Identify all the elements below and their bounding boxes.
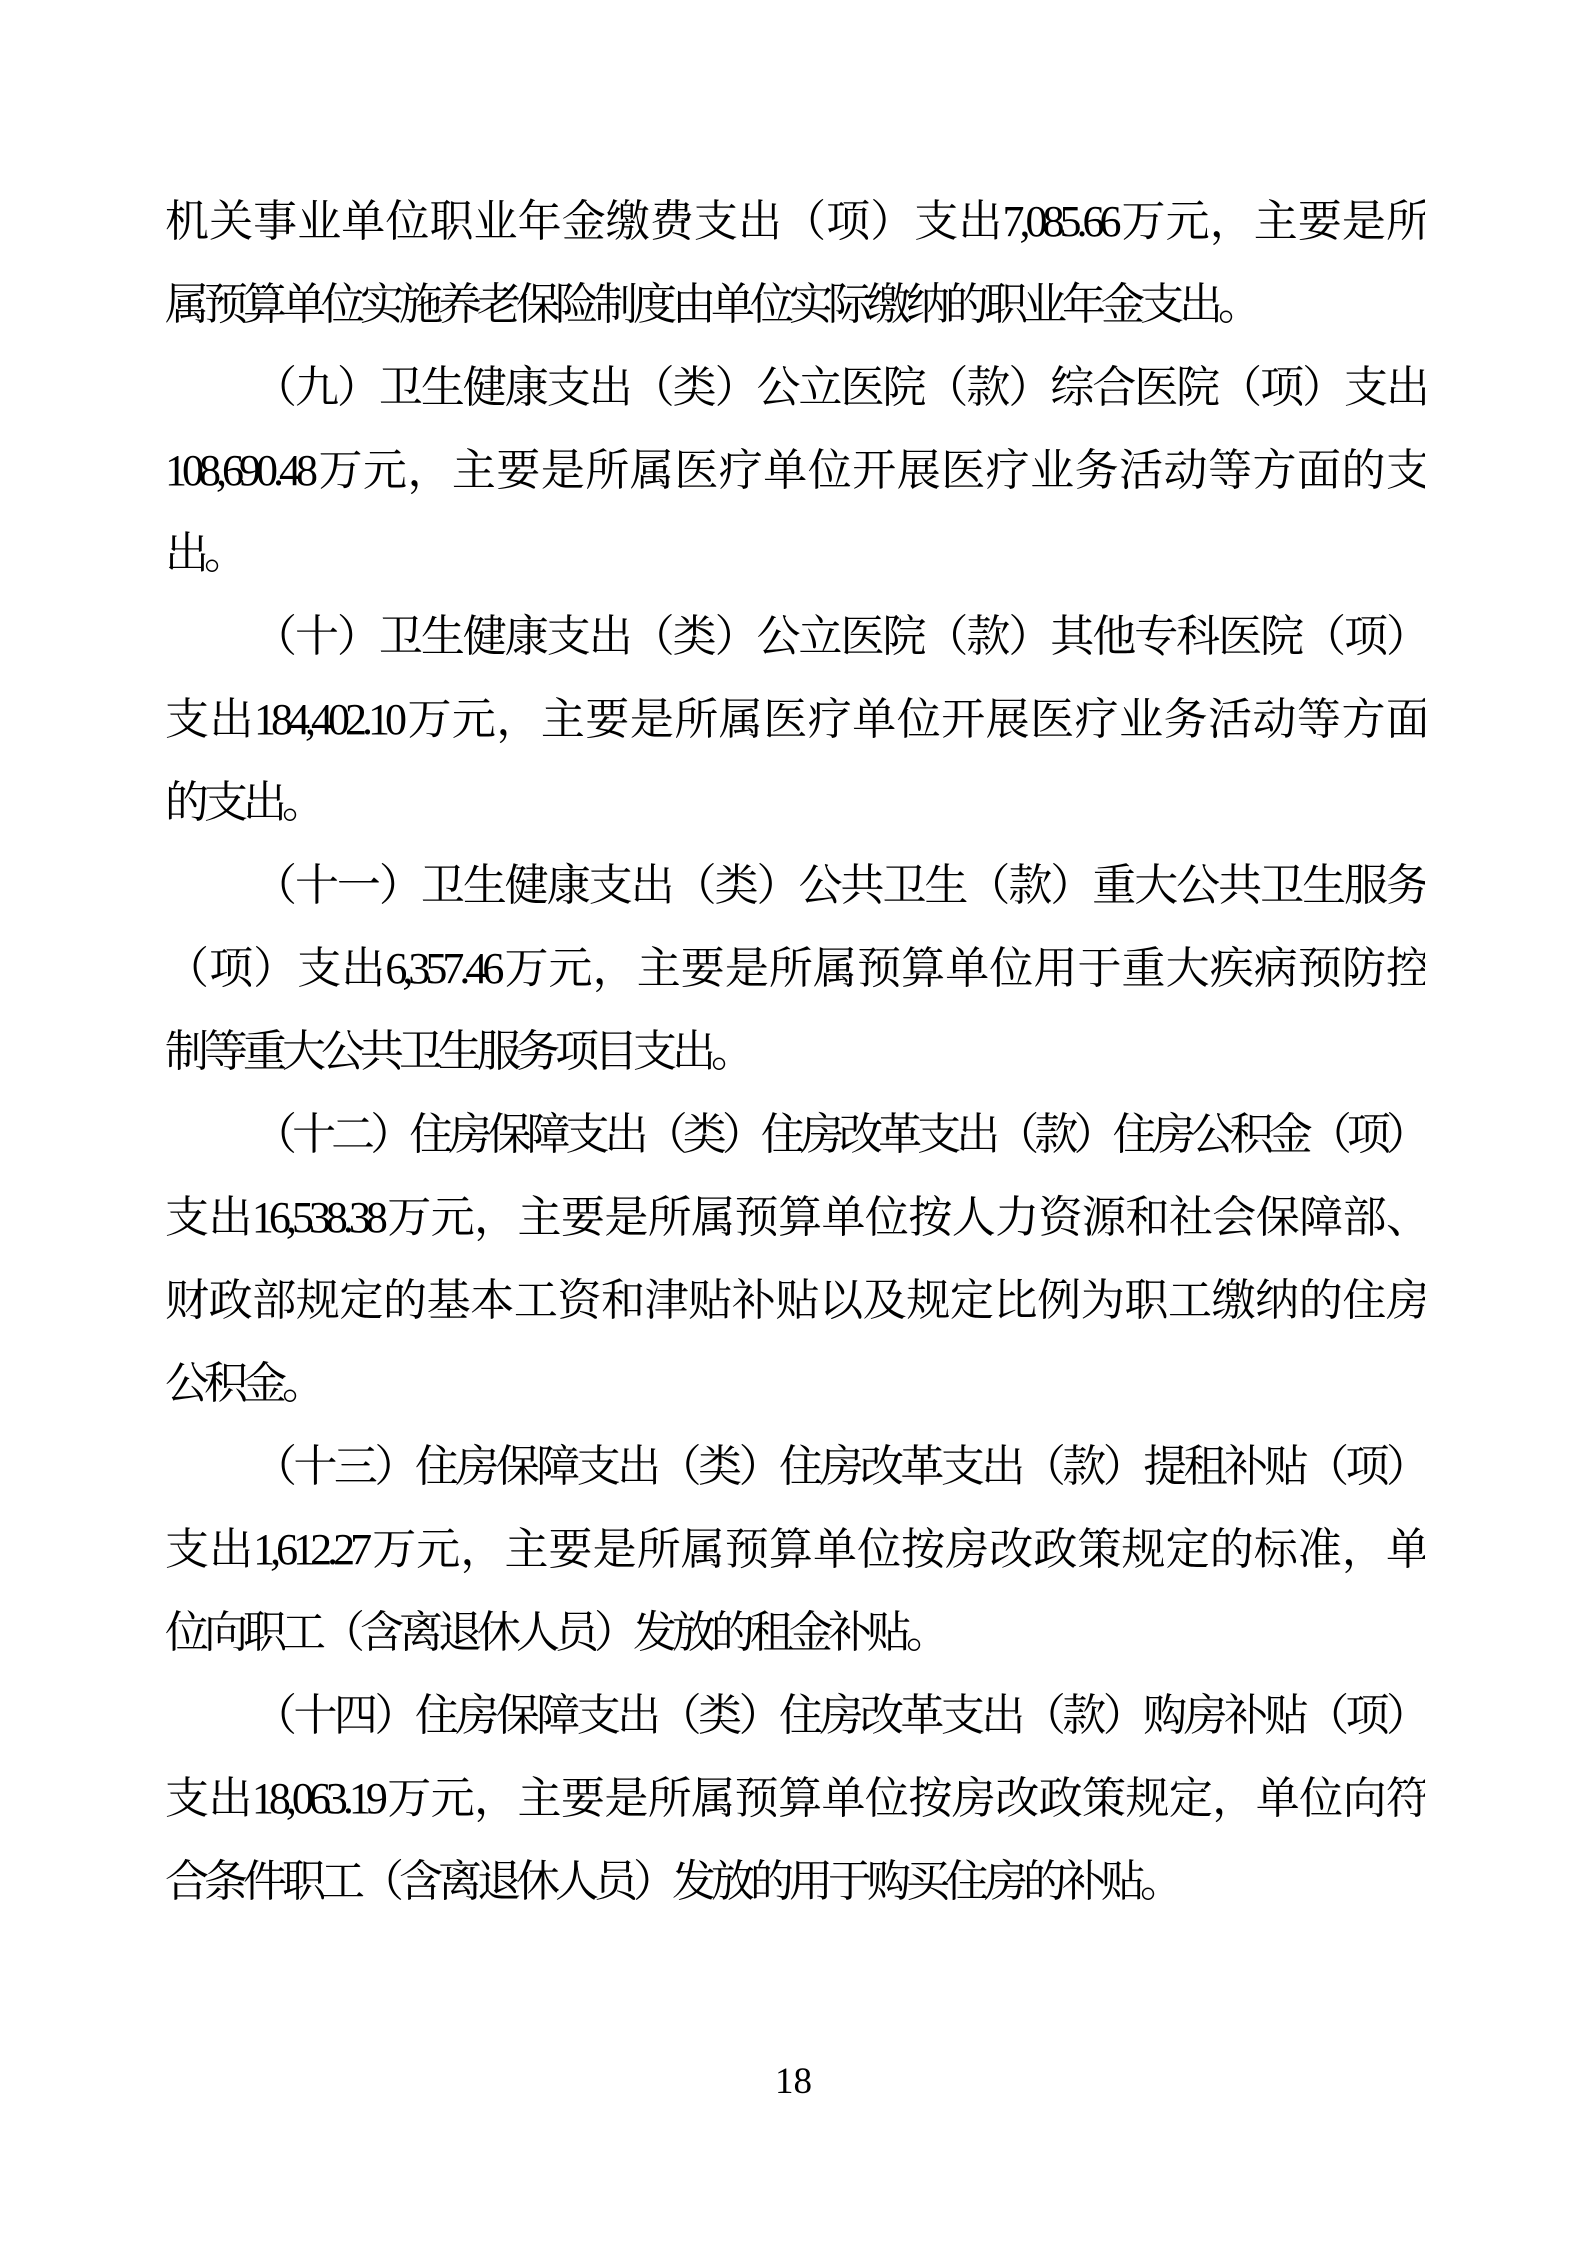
page-number: 18 bbox=[0, 2060, 1587, 2104]
text-line: 支出18,063.19万元，主要是所属预算单位按房改政策规定，单位向符 bbox=[165, 1757, 1425, 1840]
text-line: （九）卫生健康支出（类）公立医院（款）综合医院（项）支出 bbox=[165, 346, 1425, 429]
body-text: 机关事业单位职业年金缴费支出（项）支出7,085.66万元，主要是所属预算单位实… bbox=[165, 180, 1425, 1923]
text-line: （十一）卫生健康支出（类）公共卫生（款）重大公共卫生服务 bbox=[165, 844, 1425, 927]
text-line: 的支出。 bbox=[165, 761, 1425, 844]
text-line: 属预算单位实施养老保险制度由单位实际缴纳的职业年金支出。 bbox=[165, 263, 1425, 346]
text-line: 财政部规定的基本工资和津贴补贴以及规定比例为职工缴纳的住房 bbox=[165, 1259, 1425, 1342]
text-line: （十二）住房保障支出（类）住房改革支出（款）住房公积金（项） bbox=[165, 1093, 1425, 1176]
text-line: 位向职工（含离退休人员）发放的租金补贴。 bbox=[165, 1591, 1425, 1674]
text-line: 制等重大公共卫生服务项目支出。 bbox=[165, 1010, 1425, 1093]
text-line: （十三）住房保障支出（类）住房改革支出（款）提租补贴（项） bbox=[165, 1425, 1425, 1508]
text-line: 支出184,402.10万元，主要是所属医疗单位开展医疗业务活动等方面 bbox=[165, 678, 1425, 761]
document-page: 机关事业单位职业年金缴费支出（项）支出7,085.66万元，主要是所属预算单位实… bbox=[0, 0, 1587, 2245]
text-line: 出。 bbox=[165, 512, 1425, 595]
text-line: 支出16,538.38万元，主要是所属预算单位按人力资源和社会保障部、 bbox=[165, 1176, 1425, 1259]
text-line: 合条件职工（含离退休人员）发放的用于购买住房的补贴。 bbox=[165, 1840, 1425, 1923]
text-line: 公积金。 bbox=[165, 1342, 1425, 1425]
text-line: 机关事业单位职业年金缴费支出（项）支出7,085.66万元，主要是所 bbox=[165, 180, 1425, 263]
text-line: （十）卫生健康支出（类）公立医院（款）其他专科医院（项） bbox=[165, 595, 1425, 678]
text-line: 支出1,612.27万元，主要是所属预算单位按房改政策规定的标准，单 bbox=[165, 1508, 1425, 1591]
text-line: （项）支出6,357.46万元，主要是所属预算单位用于重大疾病预防控 bbox=[165, 927, 1425, 1010]
text-line: 108,690.48万元，主要是所属医疗单位开展医疗业务活动等方面的支 bbox=[165, 429, 1425, 512]
text-line: （十四）住房保障支出（类）住房改革支出（款）购房补贴（项） bbox=[165, 1674, 1425, 1757]
